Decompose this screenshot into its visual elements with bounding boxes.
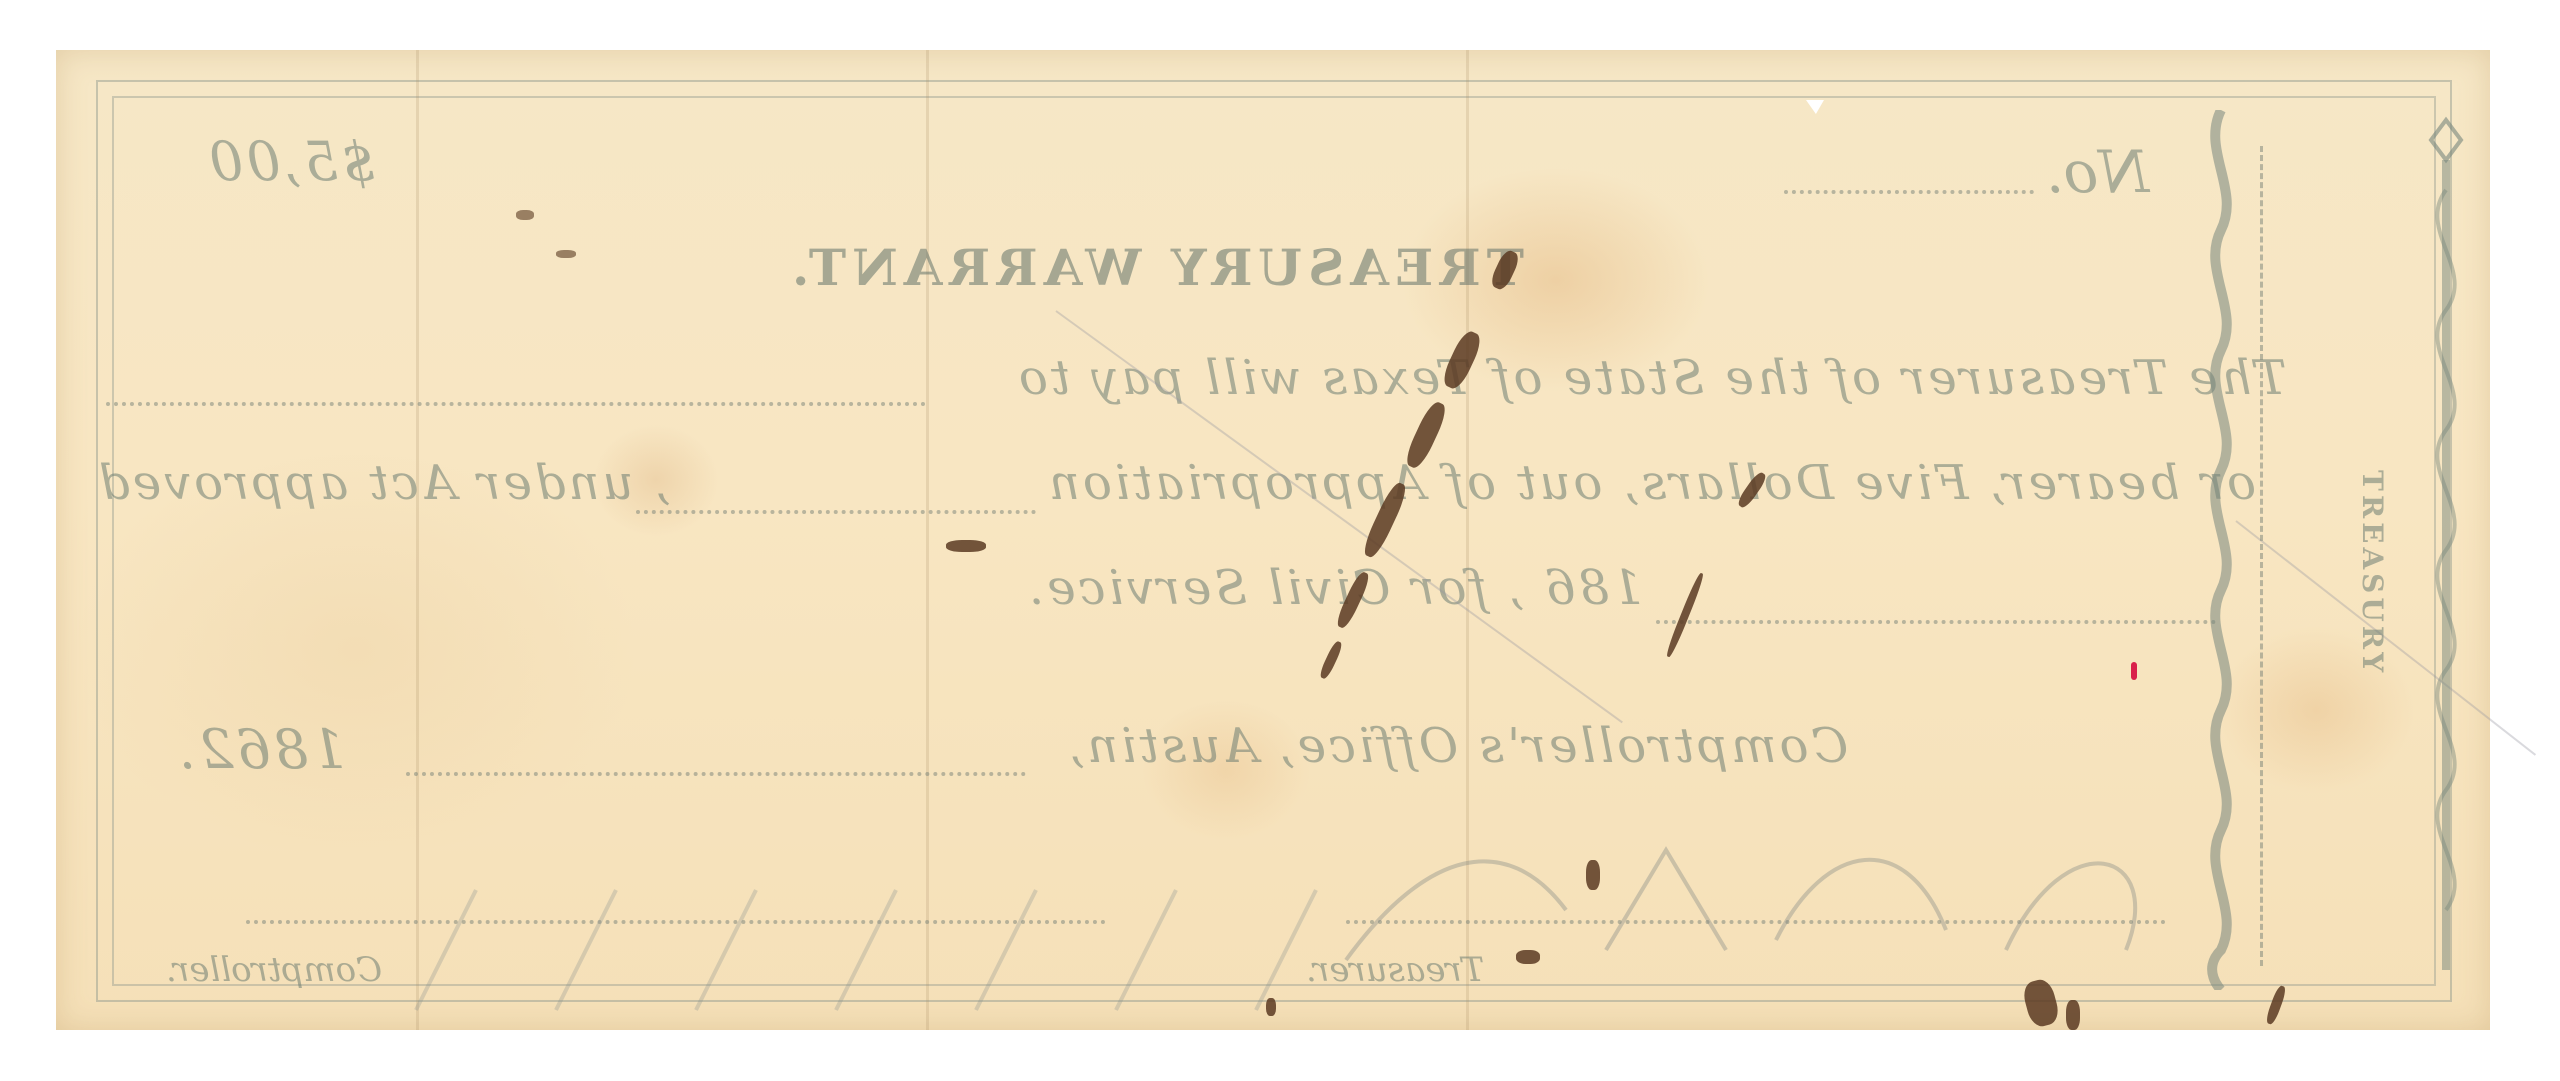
number-dotted-line <box>1784 190 2034 194</box>
comptroller-label-text: Comptroller. <box>166 950 382 990</box>
ink-stain <box>1266 998 1276 1016</box>
title-text: TREASURY WARRANT. <box>786 238 1524 297</box>
comptroller-signature-bleed <box>356 870 1556 1030</box>
date-dotted-line <box>1656 620 2216 624</box>
payee-dotted-line <box>106 402 926 406</box>
year-text: 1862. <box>176 718 346 781</box>
civil-service-line: 186 , for Civil Service. <box>1026 560 1643 616</box>
pay-to-line: The Treasurer of the State of Texas will… <box>1016 350 2287 406</box>
ink-stain <box>516 210 534 220</box>
office-line: Comptroller's Office, Austin, <box>1066 718 1848 774</box>
number-label-text: No. <box>2046 138 2149 206</box>
year-value: 1862. <box>176 718 346 781</box>
amount-words-line: or bearer, Five Dollars, out of Appropri… <box>1046 455 2256 511</box>
amount-words-text: or bearer, Five Dollars, out of Appropri… <box>1046 455 2256 511</box>
comptroller-label: Comptroller. <box>166 950 382 990</box>
ink-stain <box>2066 1000 2080 1030</box>
civil-service-text: 186 , for Civil Service. <box>1026 560 1643 616</box>
ink-stain <box>1586 860 1600 890</box>
document-title: TREASURY WARRANT. <box>786 238 1524 297</box>
ink-stain <box>1516 950 1540 964</box>
office-text: Comptroller's Office, Austin, <box>1066 718 1848 774</box>
red-ink-mark <box>2131 662 2137 680</box>
act-approved-text: , under Act approved <box>96 455 670 511</box>
stub-label: TREASURY <box>2356 470 2389 676</box>
decorative-wave-border <box>2196 110 2246 990</box>
number-label: No. <box>2046 138 2149 206</box>
appropriation-dotted-line <box>636 510 1036 514</box>
act-approved-line: , under Act approved <box>96 455 670 511</box>
stub-ornament <box>2406 90 2486 990</box>
ink-stain <box>556 250 576 258</box>
amount-text: $5,00 <box>206 130 376 193</box>
amount-value: $5,00 <box>206 130 376 193</box>
perforation-line <box>2260 146 2263 966</box>
stub-label-text: TREASURY <box>2356 470 2389 676</box>
ink-stain <box>946 540 986 552</box>
office-date-dotted-line <box>406 772 1026 776</box>
pay-to-text: The Treasurer of the State of Texas will… <box>1016 350 2287 406</box>
warrant-paper: $5,00 TREASURY WARRANT. No. The Treasure… <box>56 50 2490 1030</box>
